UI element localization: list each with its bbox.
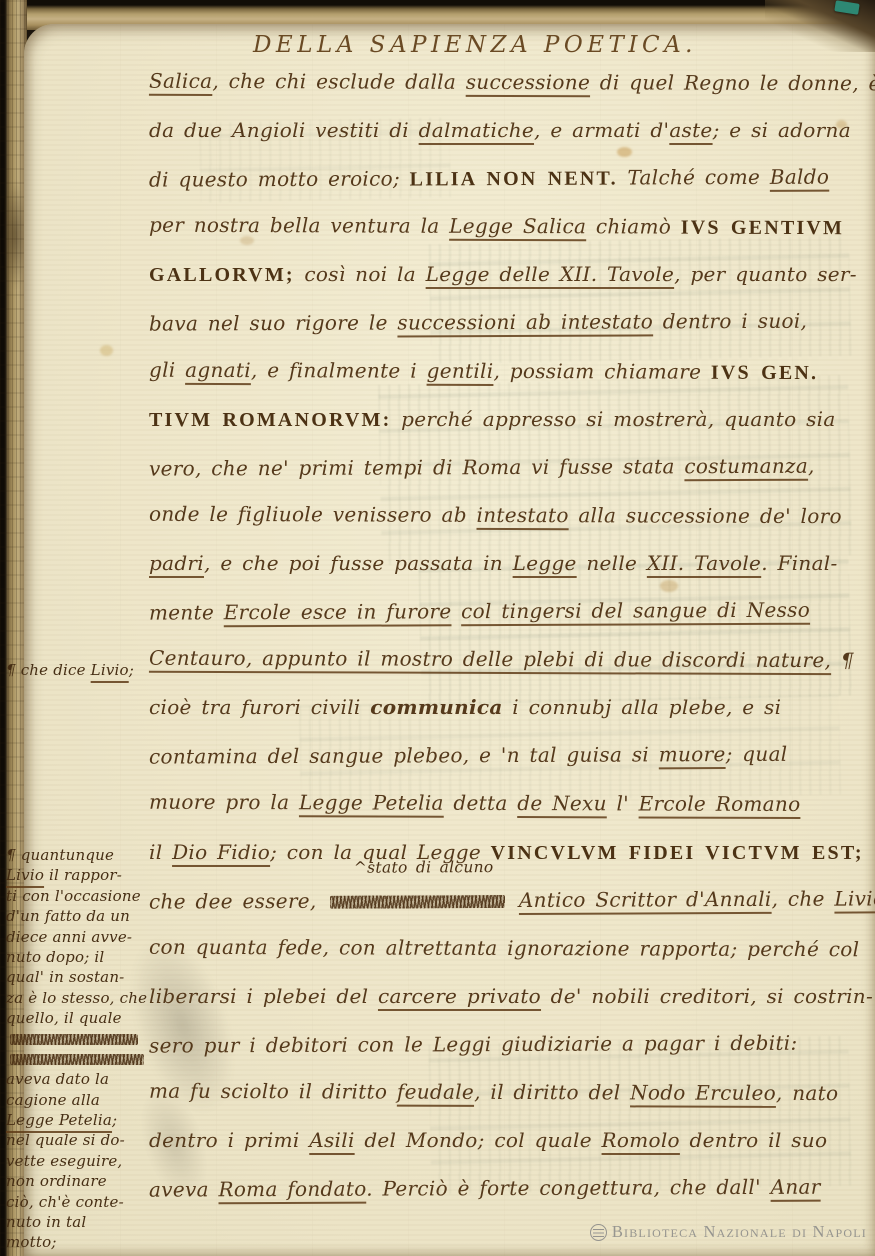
text-segment: za è lo stesso, che bbox=[6, 989, 147, 1007]
cancellation-scribble bbox=[330, 895, 505, 909]
library-logo-icon bbox=[590, 1224, 607, 1241]
text-segment: aveva dato la bbox=[6, 1070, 109, 1088]
text-segment: padri bbox=[149, 551, 204, 575]
text-segment: Nodo Erculeo bbox=[630, 1080, 776, 1105]
cancellation-scribble bbox=[10, 1054, 144, 1065]
text-segment: Dio Fidio bbox=[172, 840, 270, 864]
text-segment: ¶ che dice bbox=[6, 661, 91, 679]
margin-note-line: quello, il quale bbox=[6, 1008, 148, 1028]
text-segment: dalmatiche bbox=[419, 118, 534, 142]
margin-note-line: vette eseguire, bbox=[6, 1151, 148, 1171]
text-segment: quello, il quale bbox=[6, 1009, 122, 1027]
text-segment: Livio bbox=[834, 886, 875, 910]
manuscript-line: GALLORVM; così noi la Legge delle XII. T… bbox=[149, 250, 871, 298]
text-segment: LILIA NON NENT. bbox=[410, 168, 618, 191]
text-segment: da due Angioli vestiti di bbox=[149, 118, 419, 142]
margin-note: ¶ quantunqueLivio il rappor-ti con l'occ… bbox=[6, 845, 148, 1253]
text-segment: il bbox=[149, 840, 172, 864]
text-segment: diece anni avve- bbox=[6, 928, 132, 946]
text-segment: ; qual bbox=[726, 742, 788, 766]
gutter-stain bbox=[4, 180, 26, 290]
library-watermark: Biblioteca Nazionale di Napoli bbox=[590, 1222, 867, 1242]
text-segment: Legge bbox=[513, 551, 577, 575]
text-segment: aveva bbox=[149, 1177, 219, 1201]
text-segment: ¶ bbox=[864, 840, 875, 864]
text-segment: TIVM ROMANORVM: bbox=[149, 409, 391, 431]
text-segment: Roma fondato bbox=[218, 1177, 366, 1202]
text-segment: nel quale si do- bbox=[6, 1131, 125, 1149]
text-segment: Legge Petelia bbox=[6, 1111, 112, 1129]
text-segment bbox=[451, 599, 461, 623]
text-segment: , e finalmente i bbox=[251, 358, 427, 383]
text-segment: . Final- bbox=[761, 551, 837, 575]
text-segment: IVS GEN. bbox=[711, 361, 818, 383]
text-segment: vette eseguire, bbox=[6, 1152, 122, 1170]
manuscript-line: padri, e che poi fusse passata in Legge … bbox=[149, 539, 871, 587]
text-segment: gentili bbox=[427, 358, 494, 382]
manuscript-photo: DELLA SAPIENZA POETICA. Salica, che chi … bbox=[0, 0, 875, 1256]
text-segment: XII. Tavole bbox=[647, 551, 761, 575]
text-segment: vero, che ne' primi tempi di Roma vi fus… bbox=[149, 454, 684, 480]
manuscript-line: gli agnati, e finalmente i gentili, poss… bbox=[149, 345, 871, 396]
foxing-spot bbox=[100, 345, 113, 356]
text-segment: col tingersi del sangue di Nesso bbox=[461, 598, 810, 624]
manuscript-line: sero pur i debitori con le Leggi giudizi… bbox=[149, 1018, 871, 1069]
text-segment: Legge Salica bbox=[449, 214, 586, 238]
text-segment: chiamò bbox=[586, 215, 681, 239]
text-segment: Anar bbox=[771, 1175, 821, 1199]
margin-note: ¶ che dice Livio; bbox=[6, 660, 148, 680]
manuscript-line: il Dio Fidio; con la qual Legge VINCVLVM… bbox=[149, 828, 871, 876]
margin-note-line: ti con l'occasione bbox=[6, 886, 148, 906]
text-segment: dentro il suo bbox=[680, 1128, 827, 1152]
text-segment: dentro i suoi, bbox=[653, 309, 807, 334]
text-segment: , che bbox=[772, 886, 835, 910]
manuscript-line: di questo motto eroico; LILIA NON NENT. … bbox=[149, 153, 871, 204]
manuscript-line: bava nel suo rigore le successioni ab in… bbox=[149, 297, 871, 348]
text-segment: onde le figliuole venissero ab bbox=[149, 502, 477, 527]
manuscript-line: TIVM ROMANORVM: perché appresso si mostr… bbox=[149, 395, 871, 443]
text-segment: VINCVLVM FIDEI VICTVM EST; bbox=[491, 842, 864, 864]
text-segment: , che chi esclude dalla bbox=[212, 69, 465, 94]
text-segment: . Perciò è forte congettura, che dall' bbox=[366, 1175, 770, 1201]
manuscript-line: cioè tra furori civili communica i connu… bbox=[149, 683, 871, 731]
margin-note-line bbox=[6, 1049, 148, 1069]
manuscript-line: liberarsi i plebei del carcere privato d… bbox=[149, 972, 871, 1020]
text-segment: feudale bbox=[397, 1080, 474, 1104]
text-segment: agnati bbox=[185, 357, 251, 381]
text-segment: , per quanto ser- bbox=[674, 262, 857, 286]
text-segment: nelle bbox=[577, 551, 647, 575]
text-segment bbox=[509, 888, 519, 912]
text-segment: nuto in tal bbox=[6, 1213, 86, 1231]
margin-note-line: cagione alla bbox=[6, 1090, 148, 1110]
text-segment: liberarsi i plebei del bbox=[149, 984, 378, 1008]
manuscript-line: aveva Roma fondato. Perciò è forte conge… bbox=[149, 1163, 871, 1214]
manuscript-line: contamina del sangue plebeo, e 'n tal gu… bbox=[149, 730, 871, 781]
text-segment: ma fu sciolto il diritto bbox=[149, 1079, 397, 1104]
text-segment: mente bbox=[149, 600, 224, 624]
manuscript-line: ma fu sciolto il diritto feudale, il dir… bbox=[149, 1067, 871, 1118]
text-segment: ti con l'occasione bbox=[6, 887, 141, 905]
margin-note-line: motto; bbox=[6, 1232, 148, 1252]
margin-note-line: nuto in tal bbox=[6, 1212, 148, 1232]
text-segment: muore pro la bbox=[149, 790, 299, 815]
text-segment: cagione alla bbox=[6, 1091, 100, 1109]
page-title: DELLA SAPIENZA POETICA. bbox=[160, 32, 790, 58]
text-segment: che dee essere, bbox=[149, 888, 326, 913]
text-segment: de' nobili creditori, si costrin- bbox=[541, 984, 873, 1008]
text-segment: ; bbox=[112, 1111, 117, 1129]
manuscript-line: mente Ercole esce in furore col tingersi… bbox=[149, 585, 871, 636]
text-segment: con quanta fede, con altrettanta ignoraz… bbox=[149, 934, 859, 960]
text-segment: communica bbox=[370, 695, 502, 719]
text-segment: sero pur i debitori con le Leggi giudizi… bbox=[149, 1031, 798, 1058]
text-segment: Ercole esce in furore bbox=[224, 599, 452, 624]
text-segment: detta bbox=[444, 791, 518, 815]
manuscript-line: Centauro, appunto il mostro delle plebi … bbox=[149, 634, 871, 685]
library-watermark-label: Biblioteca Nazionale di Napoli bbox=[612, 1222, 867, 1242]
margin-note-line: ¶ quantunque bbox=[6, 845, 148, 865]
text-segment: successioni ab intestato bbox=[397, 310, 653, 335]
text-segment: intestato bbox=[477, 503, 569, 527]
cancellation-scribble bbox=[10, 1034, 138, 1045]
margin-note-line: diece anni avve- bbox=[6, 927, 148, 947]
margin-note-line bbox=[6, 1029, 148, 1049]
margin-note-line: aveva dato la bbox=[6, 1069, 148, 1089]
text-segment: qual' in sostan- bbox=[6, 968, 124, 986]
text-segment: Livio bbox=[6, 866, 44, 884]
manuscript-line: con quanta fede, con altrettanta ignoraz… bbox=[149, 922, 871, 973]
manuscript-line: che dee essere, ^stato di alcuno Antico … bbox=[149, 874, 871, 925]
manuscript-line: dentro i primi Asili del Mondo; col qual… bbox=[149, 1116, 871, 1164]
manuscript-line: muore pro la Legge Petelia detta de Nexu… bbox=[149, 778, 871, 829]
text-segment: perché appresso si mostrerà, quanto sia bbox=[391, 407, 835, 431]
text-segment: successione bbox=[466, 70, 590, 94]
text-segment: , possiam chiamare bbox=[493, 359, 711, 384]
manuscript-line: da due Angioli vestiti di dalmatiche, e … bbox=[149, 106, 871, 154]
margin-note-line: za è lo stesso, che bbox=[6, 988, 148, 1008]
text-segment: gli bbox=[149, 357, 185, 381]
text-segment: Legge delle XII. Tavole bbox=[426, 262, 674, 286]
text-segment: alla successione de' loro bbox=[569, 503, 842, 528]
manuscript-line: onde le figliuole venissero ab intestato… bbox=[149, 490, 871, 541]
text-segment: dentro i primi bbox=[149, 1128, 309, 1152]
text-segment: de Nexu bbox=[517, 791, 607, 815]
text-segment: , bbox=[808, 453, 815, 477]
text-segment: d'un fatto da un bbox=[6, 907, 130, 925]
text-segment: del Mondo; col quale bbox=[355, 1128, 602, 1152]
text-segment: ciò, ch'è conte- bbox=[6, 1193, 124, 1211]
text-segment: Antico Scrittor d'Annali bbox=[519, 886, 772, 911]
text-segment: Centauro, appunto il mostro delle plebi … bbox=[149, 646, 831, 672]
text-segment: ; e si adorna bbox=[713, 118, 851, 142]
text-segment: così noi la bbox=[295, 262, 426, 286]
text-segment: aste bbox=[669, 118, 712, 142]
text-segment: carcere privato bbox=[378, 984, 541, 1008]
text-segment: , e che poi fusse passata in bbox=[204, 551, 513, 575]
text-segment: il rappor- bbox=[44, 866, 122, 884]
text-segment: nuto dopo; il bbox=[6, 948, 104, 966]
margin-note-line: non ordinare bbox=[6, 1171, 148, 1191]
text-segment: non ordinare bbox=[6, 1172, 107, 1190]
margin-note-line: Legge Petelia; bbox=[6, 1110, 148, 1130]
margin-note-line: d'un fatto da un bbox=[6, 906, 148, 926]
margin-note-line: ¶ che dice Livio; bbox=[6, 660, 148, 680]
text-segment: Salica bbox=[149, 69, 212, 93]
text-segment: , nato bbox=[776, 1081, 838, 1105]
text-segment: ¶ quantunque bbox=[6, 846, 114, 864]
text-segment: costumanza bbox=[684, 453, 808, 478]
margin-note-line: qual' in sostan- bbox=[6, 967, 148, 987]
text-segment: Asili bbox=[309, 1128, 354, 1152]
text-segment: bava nel suo rigore le bbox=[149, 311, 397, 336]
text-segment: motto; bbox=[6, 1233, 57, 1251]
text-segment: Romolo bbox=[602, 1128, 680, 1152]
text-segment: contamina del sangue plebeo, e 'n tal gu… bbox=[149, 743, 659, 769]
margin-note-line: nel quale si do- bbox=[6, 1130, 148, 1150]
text-segment: Legge Petelia bbox=[299, 791, 444, 816]
manuscript-line: vero, che ne' primi tempi di Roma vi fus… bbox=[149, 441, 871, 492]
text-segment: , e armati d' bbox=[534, 118, 669, 142]
manuscript-line: Salica, che chi esclude dalla succession… bbox=[149, 57, 871, 108]
manuscript-line: per nostra bella ventura la Legge Salica… bbox=[149, 201, 871, 252]
text-segment: Baldo bbox=[770, 165, 829, 189]
text-segment: IVS GENTIVM bbox=[681, 217, 844, 240]
text-segment: , il diritto del bbox=[474, 1080, 630, 1105]
text-segment: Livio bbox=[91, 661, 129, 679]
manuscript-body: Salica, che chi esclude dalla succession… bbox=[149, 58, 871, 1212]
text-segment: Ercole Romano bbox=[639, 792, 801, 817]
margin-note-line: Livio il rappor- bbox=[6, 865, 148, 885]
text-segment: Talché come bbox=[618, 165, 770, 190]
text-segment: ¶ bbox=[831, 648, 854, 672]
text-segment: GALLORVM; bbox=[149, 264, 295, 286]
text-segment: di questo motto eroico; bbox=[149, 167, 410, 192]
text-segment: i connubj alla plebe, e si bbox=[503, 695, 782, 719]
text-segment: di quel Regno le donne, è sostenuta bbox=[590, 70, 875, 95]
text-segment: ; bbox=[129, 661, 134, 679]
text-segment: l' bbox=[607, 792, 639, 816]
margin-note-line: ciò, ch'è conte- bbox=[6, 1192, 148, 1212]
text-segment: per nostra bella ventura la bbox=[149, 213, 449, 238]
text-segment: cioè tra furori civili bbox=[149, 695, 370, 719]
page: DELLA SAPIENZA POETICA. Salica, che chi … bbox=[24, 24, 875, 1256]
margin-note-line: nuto dopo; il bbox=[6, 947, 148, 967]
text-segment: muore bbox=[659, 742, 726, 766]
text-segment: ^stato di alcuno bbox=[354, 860, 494, 876]
